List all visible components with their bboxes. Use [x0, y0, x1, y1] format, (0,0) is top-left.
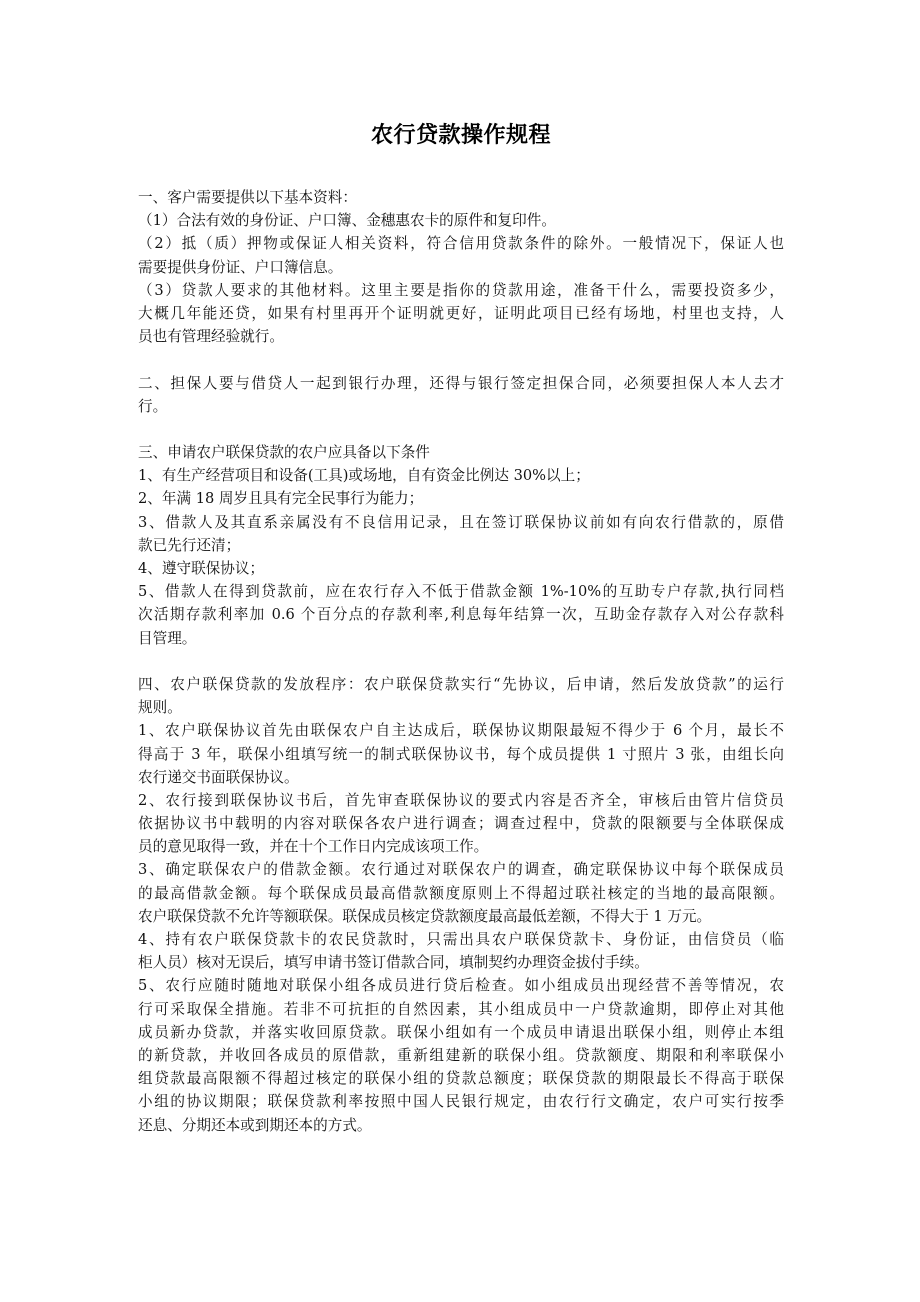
- paragraph-line: 3、确定联保农户的借款金额。农行通过对联保农户的调查，确定联保协议中每个联保成员: [138, 858, 784, 881]
- paragraph-spacer: [138, 650, 784, 673]
- paragraph-line: 组贷款最高限额不得超过核定的联保小组的贷款总额度；联保贷款的期限最长不得高于联保: [138, 1067, 784, 1090]
- paragraph-line: 4、遵守联保协议；: [138, 557, 784, 580]
- list-item: 5、借款人在得到贷款前，应在农行存入不低于借款金额 1%-10%的互助专户存款,…: [138, 580, 784, 650]
- paragraph-line: 依据协议书中载明的内容对联保各农户进行调查；调查过程中，贷款的限额要与全体联保成: [138, 812, 784, 835]
- list-item: 3、确定联保农户的借款金额。农行通过对联保农户的调查，确定联保协议中每个联保成员…: [138, 858, 784, 928]
- section-customer-materials: 一、客户需要提供以下基本资料： （1）合法有效的身份证、户口簿、金穗惠农卡的原件…: [138, 186, 784, 348]
- paragraph-line: （1）合法有效的身份证、户口簿、金穗惠农卡的原件和复印件。: [138, 209, 784, 232]
- paragraph-line: 目管理。: [138, 627, 784, 650]
- section-heading: 规则。: [138, 696, 784, 719]
- paragraph-line: 大概几年能还贷，如果有村里再开个证明就更好，证明此项目已经有场地，村里也支持，人: [138, 302, 784, 325]
- list-item: 2、农行接到联保协议书后，首先审查联保协议的要式内容是否齐全，审核后由管片信贷员…: [138, 789, 784, 859]
- paragraph-line: 2、农行接到联保协议书后，首先审查联保协议的要式内容是否齐全，审核后由管片信贷员: [138, 789, 784, 812]
- paragraph-line: 需要提供身份证、户口簿信息。: [138, 256, 784, 279]
- list-item: 5、农行应随时随地对联保小组各成员进行贷后检查。如小组成员出现经营不善等情况，农…: [138, 974, 784, 1136]
- paragraph-line: （3）贷款人要求的其他材料。这里主要是指你的贷款用途，准备干什么，需要投资多少，: [138, 279, 784, 302]
- paragraph-line: 员也有管理经验就行。: [138, 325, 784, 348]
- paragraph-line: 的新贷款，并收回各成员的原借款，重新组建新的联保小组。贷款额度、期限和利率联保小: [138, 1044, 784, 1067]
- section-heading: 一、客户需要提供以下基本资料：: [138, 186, 784, 209]
- paragraph-line: 1、农户联保协议首先由联保农户自主达成后，联保协议期限最短不得少于 6 个月，最…: [138, 719, 784, 742]
- paragraph-line: 农户联保贷款不允许等额联保。联保成员核定贷款额度最高最低差额，不得大于 1 万元…: [138, 905, 784, 928]
- list-item: （2）抵（质）押物或保证人相关资料，符合信用贷款条件的除外。一般情况下，保证人也…: [138, 232, 784, 278]
- section-eligibility-conditions: 三、申请农户联保贷款的农户应具备以下条件 1、有生产经营项目和设备(工具)或场地…: [138, 441, 784, 650]
- paragraph-line: 1、有生产经营项目和设备(工具)或场地，自有资金比例达 30%以上；: [138, 464, 784, 487]
- paragraph-line: 行可采取保全措施。若非不可抗拒的自然因素，其小组成员中一户贷款逾期，即停止对其他: [138, 998, 784, 1021]
- section-loan-procedure: 四、农户联保贷款的发放程序：农户联保贷款实行“先协议，后申请，然后发放贷款”的运…: [138, 673, 784, 1137]
- list-item: （3）贷款人要求的其他材料。这里主要是指你的贷款用途，准备干什么，需要投资多少，…: [138, 279, 784, 349]
- paragraph-line: 的最高借款金额。每个联保成员最高借款额度原则上不得超过联社核定的当地的最高限额。: [138, 882, 784, 905]
- paragraph-line: 4、持有农户联保贷款卡的农民贷款时，只需出具农户联保贷款卡、身份证，由信贷员（临: [138, 928, 784, 951]
- list-item: 4、持有农户联保贷款卡的农民贷款时，只需出具农户联保贷款卡、身份证，由信贷员（临…: [138, 928, 784, 974]
- list-item: 4、遵守联保协议；: [138, 557, 784, 580]
- document-page: 农行贷款操作规程 一、客户需要提供以下基本资料： （1）合法有效的身份证、户口簿…: [138, 118, 784, 1137]
- section-heading: 行。: [138, 395, 784, 418]
- paragraph-line: 得高于 3 年，联保小组填写统一的制式联保协议书，每个成员提供 1 寸照片 3 …: [138, 743, 784, 766]
- paragraph-spacer: [138, 418, 784, 441]
- paragraph-line: 2、年满 18 周岁且具有完全民事行为能力；: [138, 487, 784, 510]
- list-item: （1）合法有效的身份证、户口簿、金穗惠农卡的原件和复印件。: [138, 209, 784, 232]
- paragraph-line: （2）抵（质）押物或保证人相关资料，符合信用贷款条件的除外。一般情况下，保证人也: [138, 232, 784, 255]
- section-heading: 三、申请农户联保贷款的农户应具备以下条件: [138, 441, 784, 464]
- paragraph-line: 次活期存款利率加 0.6 个百分点的存款利率,利息每年结算一次，互助金存款存入对…: [138, 603, 784, 626]
- paragraph-line: 成员新办贷款，并落实收回原贷款。联保小组如有一个成员申请退出联保小组，则停止本组: [138, 1021, 784, 1044]
- paragraph-line: 农行递交书面联保协议。: [138, 766, 784, 789]
- section-guarantor: 二、担保人要与借贷人一起到银行办理，还得与银行签定担保合同，必须要担保人本人去才…: [138, 372, 784, 418]
- document-title: 农行贷款操作规程: [138, 118, 784, 154]
- list-item: 2、年满 18 周岁且具有完全民事行为能力；: [138, 487, 784, 510]
- paragraph-line: 还息、分期还本或到期还本的方式。: [138, 1114, 784, 1137]
- paragraph-line: 款已先行还清；: [138, 534, 784, 557]
- section-heading: 四、农户联保贷款的发放程序：农户联保贷款实行“先协议，后申请，然后发放贷款”的运…: [138, 673, 784, 696]
- paragraph-line: 员的意见取得一致，并在十个工作日内完成该项工作。: [138, 835, 784, 858]
- list-item: 1、有生产经营项目和设备(工具)或场地，自有资金比例达 30%以上；: [138, 464, 784, 487]
- paragraph-line: 3、借款人及其直系亲属没有不良信用记录，且在签订联保协议前如有向农行借款的，原借: [138, 511, 784, 534]
- paragraph-line: 5、借款人在得到贷款前，应在农行存入不低于借款金额 1%-10%的互助专户存款,…: [138, 580, 784, 603]
- paragraph-line: 柜人员）核对无误后，填写申请书签订借款合同，填制契约办理资金拔付手续。: [138, 951, 784, 974]
- section-heading: 二、担保人要与借贷人一起到银行办理，还得与银行签定担保合同，必须要担保人本人去才: [138, 372, 784, 395]
- list-item: 1、农户联保协议首先由联保农户自主达成后，联保协议期限最短不得少于 6 个月，最…: [138, 719, 784, 789]
- paragraph-line: 小组的协议期限；联保贷款利率按照中国人民银行规定，由农行行文确定，农户可实行按季: [138, 1090, 784, 1113]
- paragraph-line: 5、农行应随时随地对联保小组各成员进行贷后检查。如小组成员出现经营不善等情况，农: [138, 974, 784, 997]
- list-item: 3、借款人及其直系亲属没有不良信用记录，且在签订联保协议前如有向农行借款的，原借…: [138, 511, 784, 557]
- paragraph-spacer: [138, 348, 784, 371]
